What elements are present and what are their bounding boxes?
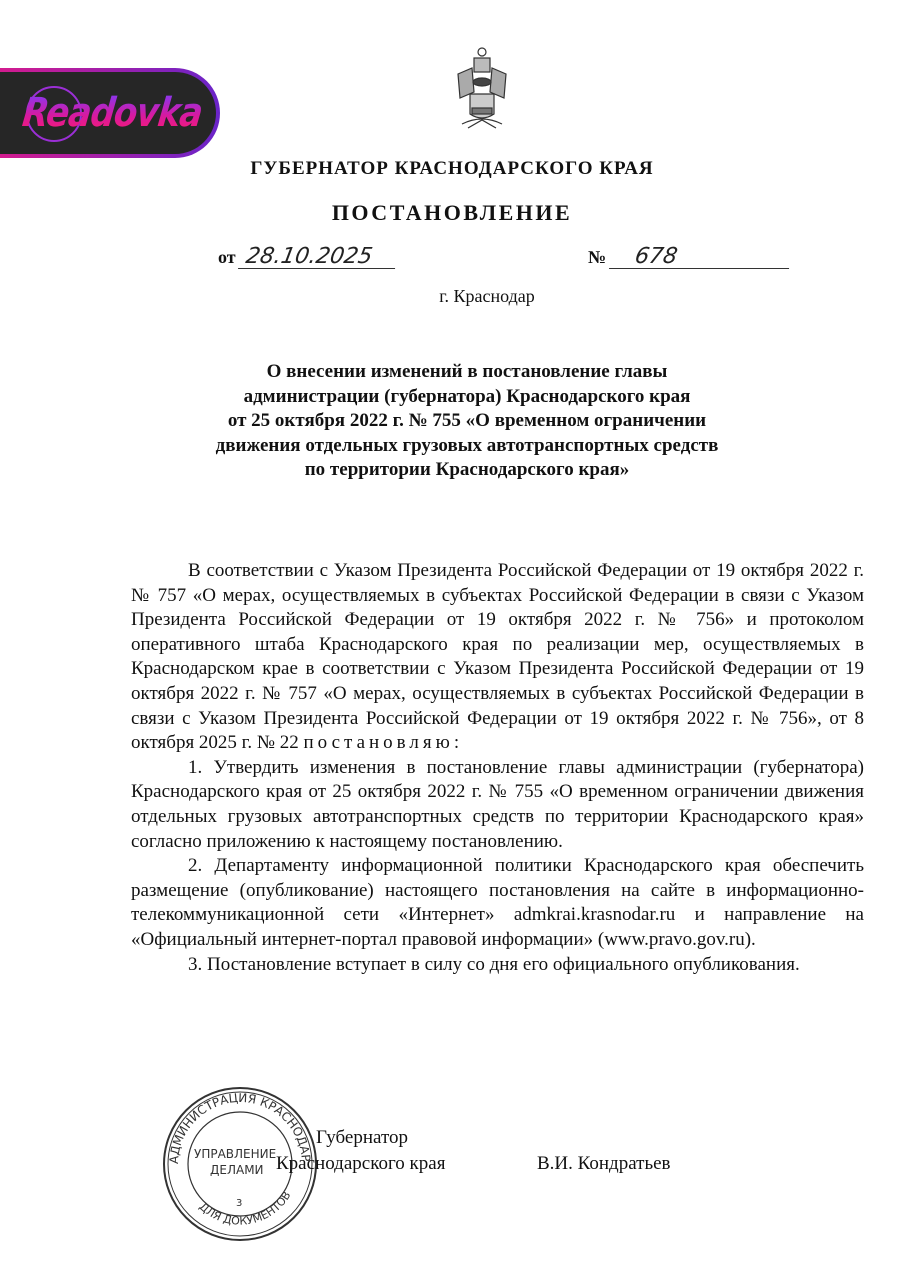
stamp-bottom-text: ДЛЯ ДОКУМЕНТОВ	[197, 1189, 294, 1228]
stamp-number: 3	[236, 1198, 242, 1209]
subject-line: от 25 октября 2022 г. № 755 «О временном…	[150, 409, 784, 434]
number-value: 678	[609, 246, 793, 269]
number-label: №	[588, 247, 606, 267]
signatory-name: В.И. Кондратьев	[537, 1151, 671, 1177]
document-subject: О внесении изменений в постановление гла…	[150, 360, 784, 483]
signatory-title: Губернатор Краснодарского края	[316, 1125, 445, 1177]
readovka-watermark-logo: Readovka	[0, 68, 220, 158]
stamp-center-line2: ДЕЛАМИ	[210, 1163, 264, 1177]
signatory-title-line1: Губернатор	[316, 1125, 445, 1151]
date-value: 28.10.2025	[238, 246, 399, 269]
subject-line: администрации (губернатора) Краснодарско…	[150, 385, 784, 410]
signatory-title-line2: Краснодарского края	[276, 1151, 445, 1177]
item-paragraph: 3. Постановление вступает в силу со дня …	[131, 953, 864, 978]
coat-of-arms-icon	[452, 44, 512, 134]
preamble-paragraph: В соответствии с Указом Президента Росси…	[131, 559, 864, 756]
number-row: № 678	[588, 246, 791, 269]
issuing-authority: ГУБЕРНАТОР КРАСНОДАРСКОГО КРАЯ	[0, 158, 904, 180]
city: г. Краснодар	[0, 286, 904, 307]
item-paragraph: 2. Департаменту информационной политики …	[131, 854, 864, 952]
date-row: от 28.10.2025	[218, 246, 397, 269]
subject-line: О внесении изменений в постановление гла…	[150, 360, 784, 385]
decree-word: постановляю:	[303, 732, 463, 753]
subject-line: движения отдельных грузовых автотранспор…	[150, 434, 784, 459]
logo-text: Readovka	[20, 90, 205, 136]
document-type: ПОСТАНОВЛЕНИЕ	[0, 200, 904, 226]
svg-text:ДЛЯ ДОКУМЕНТОВ: ДЛЯ ДОКУМЕНТОВ	[197, 1189, 294, 1228]
preamble-text: В соответствии с Указом Президента Росси…	[131, 560, 864, 753]
date-label: от	[218, 247, 236, 267]
item-paragraph: 1. Утвердить изменения в постановление г…	[131, 756, 864, 854]
subject-line: по территории Краснодарского края»	[150, 458, 784, 483]
document-body: В соответствии с Указом Президента Росси…	[131, 559, 864, 977]
stamp-center-line1: УПРАВЛЕНИЕ	[194, 1147, 276, 1161]
